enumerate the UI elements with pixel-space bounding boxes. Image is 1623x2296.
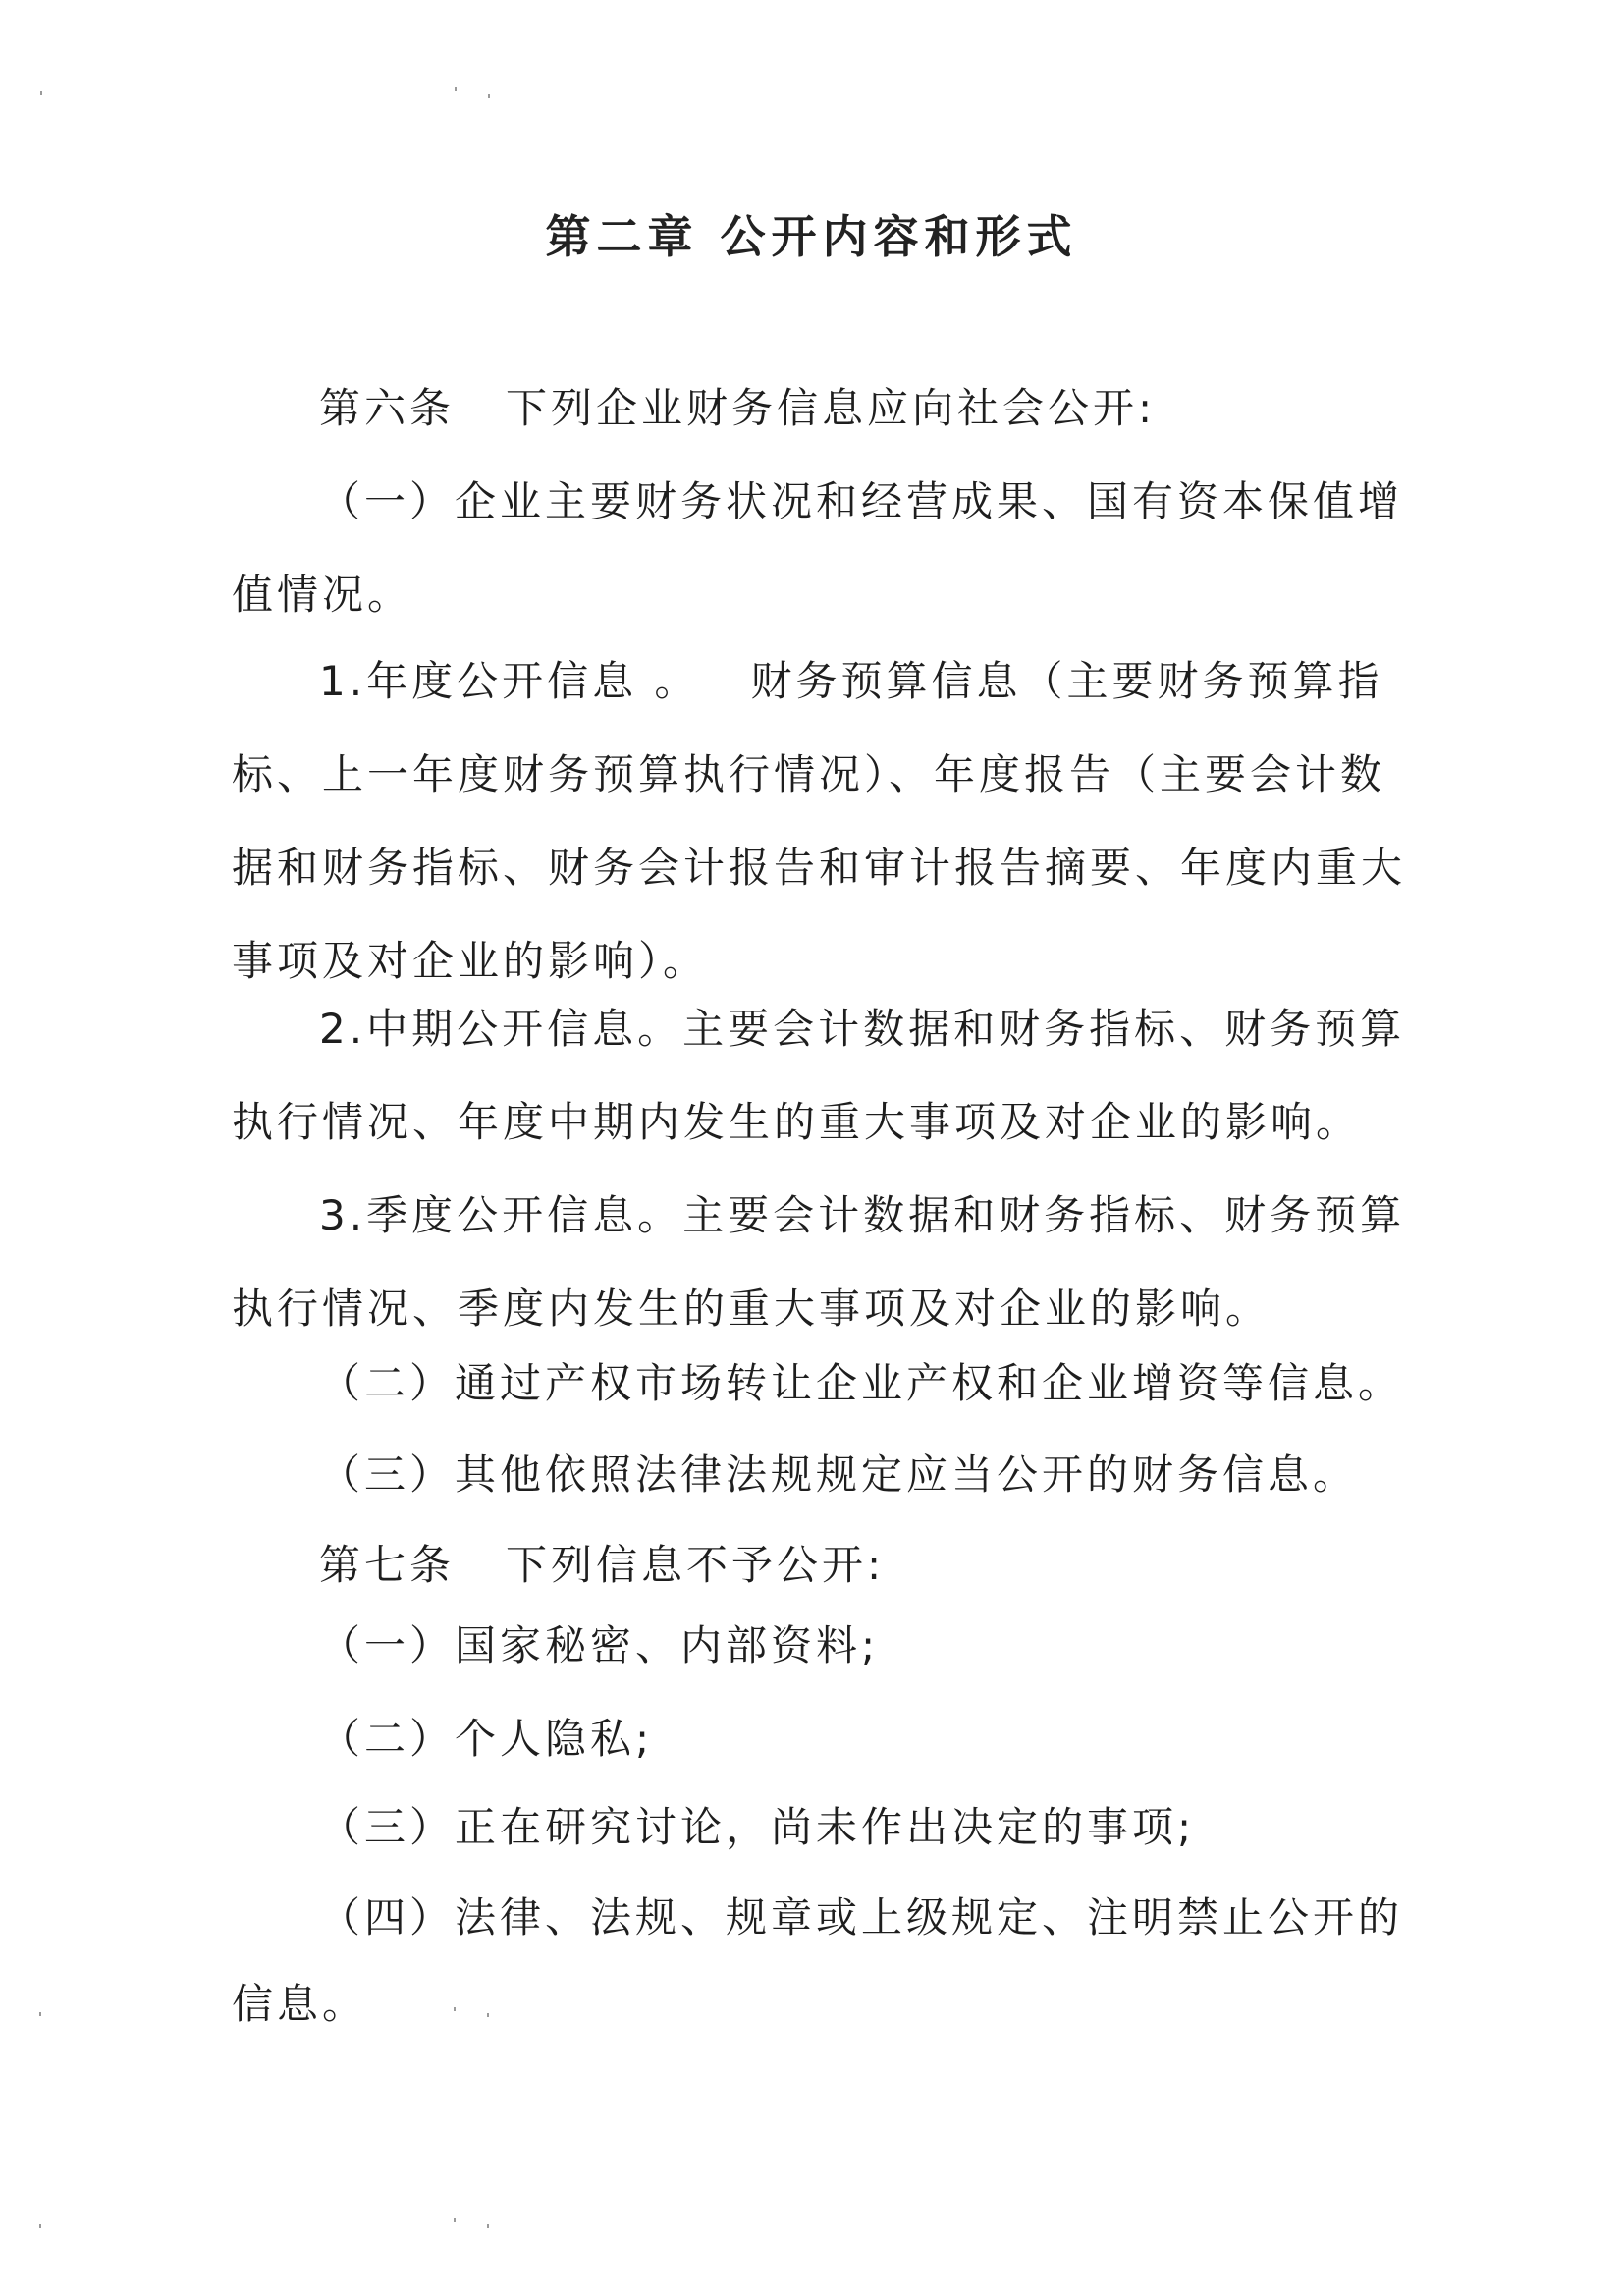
article-7-item-1: （一）国家秘密、内部资料;	[319, 1620, 879, 1671]
scan-speck	[39, 2224, 41, 2228]
scan-speck	[39, 2012, 41, 2016]
annual-disclosure-line-1: 1.年度公开信息 。 财务预算信息（主要财务预算指	[319, 656, 1382, 707]
scan-speck	[454, 2218, 456, 2222]
interim-disclosure-line-1: 2.中期公开信息。主要会计数据和财务指标、财务预算	[319, 1004, 1405, 1055]
article-6-item-1-line-1: （一）企业主要财务状况和经营成果、国有资本保值增	[319, 476, 1403, 527]
annual-disclosure-line-2: 标、上一年度财务预算执行情况）、年度报告（主要会计数	[232, 749, 1385, 800]
article-6-heading: 第六条 下列企业财务信息应向社会公开:	[319, 383, 1156, 434]
scan-speck	[488, 94, 490, 98]
scan-speck	[487, 2013, 489, 2017]
article-6-item-3: （三）其他依照法律法规规定应当公开的财务信息。	[319, 1449, 1358, 1501]
interim-disclosure-line-2: 执行情况、年度中期内发生的重大事项及对企业的影响。	[232, 1097, 1361, 1148]
article-6-item-1-line-2: 值情况。	[232, 570, 412, 621]
chapter-title: 第二章 公开内容和形式	[0, 201, 1623, 266]
article-7-item-4-line-2: 信息。	[232, 1979, 367, 2030]
scanned-document-page: 第二章 公开内容和形式 第六条 下列企业财务信息应向社会公开: （一）企业主要财…	[0, 0, 1623, 2296]
scan-speck	[455, 87, 457, 91]
quarterly-disclosure-line-2: 执行情况、季度内发生的重大事项及对企业的影响。	[232, 1284, 1271, 1335]
annual-disclosure-line-3: 据和财务指标、财务会计报告和审计报告摘要、年度内重大	[232, 843, 1406, 894]
article-7-item-2: （二）个人隐私;	[319, 1714, 653, 1765]
scan-speck	[40, 91, 42, 95]
article-7-item-3: （三）正在研究讨论，尚未作出决定的事项;	[319, 1802, 1195, 1853]
scan-speck	[454, 2007, 456, 2011]
article-6-item-2: （二）通过产权市场转让企业产权和企业增资等信息。	[319, 1358, 1403, 1409]
article-7-heading: 第七条 下列信息不予公开:	[319, 1540, 885, 1591]
annual-disclosure-line-4: 事项及对企业的影响）。	[232, 936, 708, 987]
quarterly-disclosure-line-1: 3.季度公开信息。主要会计数据和财务指标、财务预算	[319, 1190, 1405, 1241]
scan-speck	[487, 2224, 489, 2228]
article-7-item-4-line-1: （四）法律、法规、规章或上级规定、注明禁止公开的	[319, 1892, 1403, 1943]
